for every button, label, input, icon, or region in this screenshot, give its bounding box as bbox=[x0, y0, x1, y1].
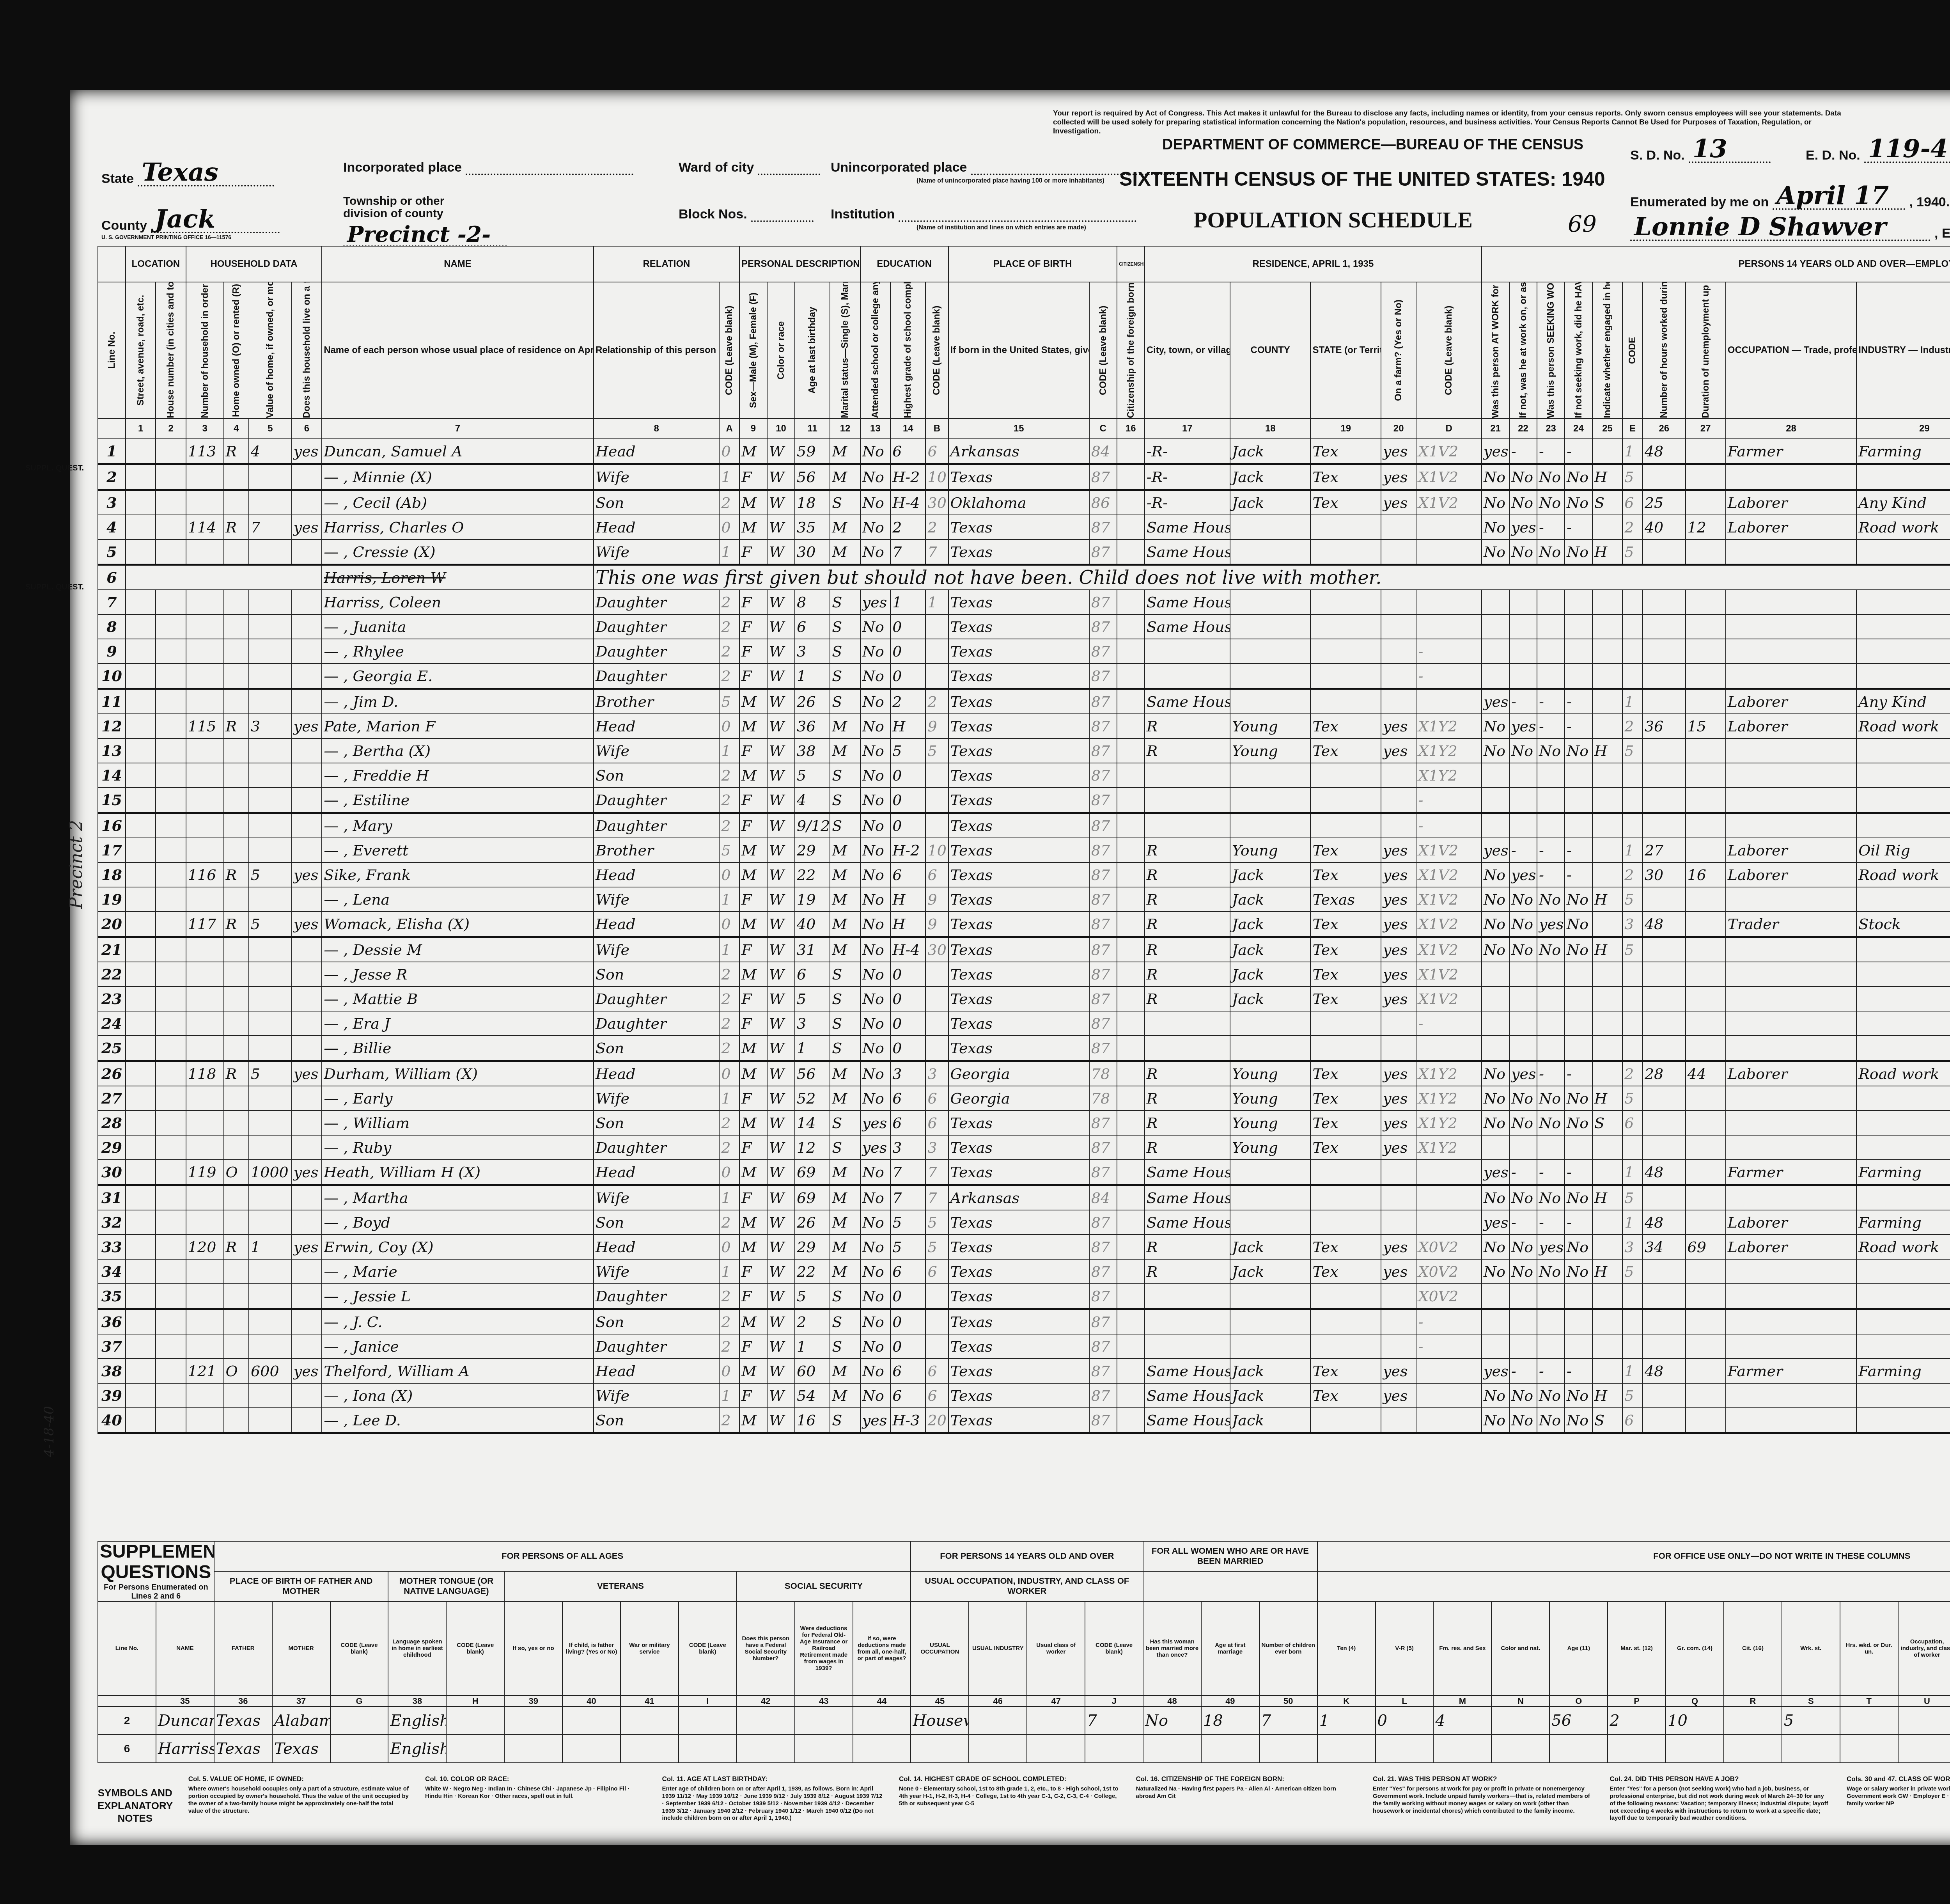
cell-r20 bbox=[1381, 664, 1416, 689]
cell-cd: - bbox=[1416, 664, 1482, 689]
cell-r19: Tex bbox=[1310, 439, 1381, 464]
cell-birth: Arkansas bbox=[948, 439, 1089, 464]
cell-age: 22 bbox=[795, 862, 830, 887]
cell-c21: No bbox=[1482, 738, 1509, 763]
col-number: E bbox=[1622, 419, 1643, 439]
cell-rel: Wife bbox=[594, 1259, 720, 1284]
cell-mar: S bbox=[830, 1036, 860, 1061]
cell-c27 bbox=[1686, 937, 1726, 962]
cell-house bbox=[156, 515, 186, 539]
cell-r19: Tex bbox=[1310, 1259, 1381, 1284]
supp-cell-s: 5 bbox=[1782, 1707, 1840, 1735]
cell-rel: Daughter bbox=[594, 1135, 720, 1160]
cell-c29 bbox=[1856, 763, 1950, 788]
cell-c24: - bbox=[1565, 1061, 1592, 1086]
cell-birth: Texas bbox=[948, 515, 1089, 539]
supp-col-desc: Occupation, industry, and class of worke… bbox=[1898, 1601, 1950, 1696]
cell-r20 bbox=[1381, 1210, 1416, 1235]
cell-c27: 16 bbox=[1686, 862, 1726, 887]
cell-c22: No bbox=[1509, 464, 1537, 490]
cell-birth: Texas bbox=[948, 763, 1089, 788]
cell-value bbox=[249, 1086, 292, 1111]
cell-r18: Young bbox=[1230, 1061, 1310, 1086]
cell-rel: Head bbox=[594, 1235, 720, 1259]
col-number: 7 bbox=[322, 419, 594, 439]
cell-race: W bbox=[767, 490, 795, 515]
cell-house bbox=[156, 1160, 186, 1185]
supp-cell-k: 1 bbox=[1317, 1707, 1376, 1735]
line-number: 38 bbox=[98, 1359, 126, 1383]
cell-name: — , Jim D. bbox=[322, 689, 594, 714]
cell-ce: 6 bbox=[1622, 1408, 1643, 1433]
block-value bbox=[751, 220, 814, 222]
cell-c29: Road work bbox=[1856, 862, 1950, 887]
cell-cb bbox=[925, 639, 948, 664]
cell-farm bbox=[292, 1086, 322, 1111]
col-desc-res_state: STATE (or Territory or foreign country) bbox=[1310, 282, 1381, 419]
cell-ce: 5 bbox=[1622, 887, 1643, 912]
group-relation: RELATION bbox=[594, 246, 739, 282]
supp-title: SUPPLEMENTARY QUESTIONS bbox=[100, 1542, 212, 1583]
cell-grade: 6 bbox=[890, 1111, 925, 1135]
cell-c23 bbox=[1537, 763, 1565, 788]
cell-cit bbox=[1117, 1284, 1145, 1309]
supp-col-desc: If so, were deductions made from all, on… bbox=[853, 1601, 911, 1696]
cell-sch: No bbox=[860, 1259, 890, 1284]
cell-value bbox=[249, 614, 292, 639]
cell-c26 bbox=[1643, 962, 1686, 987]
cell-r17: R bbox=[1145, 1259, 1230, 1284]
cell-c28 bbox=[1726, 987, 1856, 1011]
cell-r19 bbox=[1310, 1408, 1381, 1433]
cell-sex: F bbox=[739, 614, 767, 639]
cell-name: — , Juanita bbox=[322, 614, 594, 639]
cell-mar: S bbox=[830, 1135, 860, 1160]
cell-name: — , Freddie H bbox=[322, 763, 594, 788]
cell-hh bbox=[186, 962, 224, 987]
cell-c21 bbox=[1482, 788, 1509, 813]
cell-c26 bbox=[1643, 763, 1686, 788]
cell-cb: 10 bbox=[925, 838, 948, 862]
cell-c22: - bbox=[1509, 838, 1537, 862]
supp-cell-c47 bbox=[1027, 1735, 1085, 1763]
col-number: D bbox=[1416, 419, 1482, 439]
cell-r18 bbox=[1230, 1036, 1310, 1061]
cell-c21: No bbox=[1482, 464, 1509, 490]
cell-street bbox=[126, 1061, 156, 1086]
col-number: 15 bbox=[948, 419, 1089, 439]
cell-r20 bbox=[1381, 1036, 1416, 1061]
cell-cit bbox=[1117, 1086, 1145, 1111]
col-desc-citizenship: Citizenship of the foreign born bbox=[1117, 282, 1145, 419]
cell-c22: - bbox=[1509, 1210, 1537, 1235]
col-desc-code_d: CODE (Leave blank) bbox=[1416, 282, 1482, 419]
cell-c26: 36 bbox=[1643, 714, 1686, 738]
cell-c23: No bbox=[1537, 1408, 1565, 1433]
cell-c29: Oil Rig bbox=[1856, 838, 1950, 862]
cell-r20: yes bbox=[1381, 1383, 1416, 1408]
cell-cb: 2 bbox=[925, 689, 948, 714]
cell-c28: Laborer bbox=[1726, 1235, 1856, 1259]
cell-r20: yes bbox=[1381, 1111, 1416, 1135]
cell-name: Pate, Marion F bbox=[322, 714, 594, 738]
cell-r18 bbox=[1230, 1210, 1310, 1235]
cell-cd: - bbox=[1416, 1334, 1482, 1359]
table-row: 31— , MarthaWife1FW69MNo77Arkansas84Same… bbox=[98, 1185, 1950, 1210]
cell-birth: Texas bbox=[948, 912, 1089, 937]
cell-name: — , Rhylee bbox=[322, 639, 594, 664]
cell-c23: - bbox=[1537, 1359, 1565, 1383]
cell-c22: yes bbox=[1509, 862, 1537, 887]
cell-race: W bbox=[767, 515, 795, 539]
cell-c28 bbox=[1726, 590, 1856, 614]
table-row: 24— , Era JDaughter2FW3SNo0Texas87-24 bbox=[98, 1011, 1950, 1036]
cell-race: W bbox=[767, 1408, 795, 1433]
line-number: 14 bbox=[98, 763, 126, 788]
cell-c26 bbox=[1643, 813, 1686, 838]
cell-ce bbox=[1622, 813, 1643, 838]
supp-cell-i bbox=[679, 1735, 737, 1763]
cell-c26: 48 bbox=[1643, 1359, 1686, 1383]
cell-value bbox=[249, 838, 292, 862]
cell-c22: yes bbox=[1509, 1061, 1537, 1086]
cell-r20: yes bbox=[1381, 738, 1416, 763]
cell-value bbox=[249, 763, 292, 788]
block-label: Block Nos. bbox=[679, 207, 747, 222]
cell-value bbox=[249, 464, 292, 490]
cell-own bbox=[224, 1210, 249, 1235]
cell-c27 bbox=[1686, 639, 1726, 664]
cell-cb: 6 bbox=[925, 1383, 948, 1408]
supp-cell-i bbox=[679, 1707, 737, 1735]
cell-cb: 3 bbox=[925, 1135, 948, 1160]
cell-grade: 5 bbox=[890, 1210, 925, 1235]
cell-cb: 6 bbox=[925, 1111, 948, 1135]
struck-name: Harris, Loren W bbox=[322, 565, 594, 590]
cell-age: 30 bbox=[795, 539, 830, 565]
cell-cb: 1 bbox=[925, 590, 948, 614]
cell-c23: yes bbox=[1537, 1235, 1565, 1259]
cell-cit bbox=[1117, 1408, 1145, 1433]
cell-hh bbox=[186, 738, 224, 763]
col-number: 27 bbox=[1686, 419, 1726, 439]
cell-house bbox=[156, 887, 186, 912]
cell-r18: Young bbox=[1230, 1111, 1310, 1135]
cell-cd: X1V2 bbox=[1416, 439, 1482, 464]
cell-r18: Jack bbox=[1230, 490, 1310, 515]
cell-mar: M bbox=[830, 1061, 860, 1086]
institution-note: (Name of institution and lines on which … bbox=[916, 224, 1086, 231]
cell-hh bbox=[186, 1185, 224, 1210]
cell-r17: Same House bbox=[1145, 1160, 1230, 1185]
cell-rel: Daughter bbox=[594, 639, 720, 664]
cell-name: Sike, Frank bbox=[322, 862, 594, 887]
cell-mar: S bbox=[830, 639, 860, 664]
cell-birth: Oklahoma bbox=[948, 490, 1089, 515]
col-desc-c28: OCCUPATION — Trade, profession, or parti… bbox=[1726, 282, 1856, 419]
cell-cb: 5 bbox=[925, 1235, 948, 1259]
institution-field: Institution bbox=[831, 207, 1136, 222]
table-row: 33120R1yesErwin, Coy (X)Head0MW29MNo55Te… bbox=[98, 1235, 1950, 1259]
cell-mar: M bbox=[830, 1160, 860, 1185]
cell-r19: Texas bbox=[1310, 887, 1381, 912]
cell-name: — , Jesse R bbox=[322, 962, 594, 987]
cell-street bbox=[126, 1334, 156, 1359]
cell-c22: No bbox=[1509, 1259, 1537, 1284]
cell-age: 4 bbox=[795, 788, 830, 813]
cell-r20: yes bbox=[1381, 1086, 1416, 1111]
line-number: 19 bbox=[98, 887, 126, 912]
cell-c23 bbox=[1537, 1135, 1565, 1160]
cell-c23 bbox=[1537, 1036, 1565, 1061]
cell-grade: 0 bbox=[890, 1011, 925, 1036]
cell-race: W bbox=[767, 714, 795, 738]
cell-cit bbox=[1117, 962, 1145, 987]
cell-cb: 6 bbox=[925, 1259, 948, 1284]
cell-ce: 5 bbox=[1622, 539, 1643, 565]
ward-value bbox=[758, 174, 820, 175]
cell-mar: M bbox=[830, 738, 860, 763]
cell-r17: R bbox=[1145, 1086, 1230, 1111]
cell-cit bbox=[1117, 987, 1145, 1011]
cell-r19: Tex bbox=[1310, 937, 1381, 962]
cell-ce: 5 bbox=[1622, 937, 1643, 962]
cell-age: 56 bbox=[795, 1061, 830, 1086]
supp-cell-father: Texas bbox=[214, 1735, 272, 1763]
cell-c26: 28 bbox=[1643, 1061, 1686, 1086]
cell-cb: 30 bbox=[925, 937, 948, 962]
cell-farm bbox=[292, 1259, 322, 1284]
table-row: 23— , Mattie BDaughter2FW5SNo0Texas87RJa… bbox=[98, 987, 1950, 1011]
cell-mar: S bbox=[830, 962, 860, 987]
cell-c21 bbox=[1482, 1135, 1509, 1160]
cell-grade: 0 bbox=[890, 987, 925, 1011]
cell-r18: Young bbox=[1230, 714, 1310, 738]
cell-r20: yes bbox=[1381, 1135, 1416, 1160]
cell-r17: R bbox=[1145, 937, 1230, 962]
cell-c24 bbox=[1565, 1011, 1592, 1036]
cell-c21 bbox=[1482, 639, 1509, 664]
cell-cc: 87 bbox=[1089, 1111, 1117, 1135]
unincorporated-value bbox=[971, 174, 1178, 175]
cell-street bbox=[126, 738, 156, 763]
cell-cb: 2 bbox=[925, 515, 948, 539]
cell-c23: - bbox=[1537, 439, 1565, 464]
line-number: 24 bbox=[98, 1011, 126, 1036]
col-number: 22 bbox=[1509, 419, 1537, 439]
cell-c27 bbox=[1686, 987, 1726, 1011]
cell-r17: Same House bbox=[1145, 614, 1230, 639]
cell-c25 bbox=[1592, 813, 1622, 838]
cell-race: W bbox=[767, 862, 795, 887]
cell-name: — , Early bbox=[322, 1086, 594, 1111]
supp-cell-o: 56 bbox=[1549, 1707, 1608, 1735]
supp-col-number: K bbox=[1317, 1696, 1376, 1707]
cell-c26 bbox=[1643, 1383, 1686, 1408]
supplementary-section: SUPPLEMENTARY QUESTIONS For Persons Enum… bbox=[97, 1541, 1950, 1763]
cell-c23 bbox=[1537, 962, 1565, 987]
cell-race: W bbox=[767, 614, 795, 639]
cell-farm: yes bbox=[292, 1235, 322, 1259]
cell-c27 bbox=[1686, 490, 1726, 515]
cell-ce: 2 bbox=[1622, 862, 1643, 887]
cell-ce: 5 bbox=[1622, 1086, 1643, 1111]
cell-sch: No bbox=[860, 515, 890, 539]
cell-ce: 1 bbox=[1622, 838, 1643, 862]
cell-farm bbox=[292, 813, 322, 838]
cell-mar: M bbox=[830, 539, 860, 565]
cell-r18: Young bbox=[1230, 1086, 1310, 1111]
cell-mar: M bbox=[830, 1383, 860, 1408]
cell-cc: 87 bbox=[1089, 1309, 1117, 1334]
cell-cb: 6 bbox=[925, 1086, 948, 1111]
supp-cell-m bbox=[1433, 1735, 1491, 1763]
cell-c29: Farming bbox=[1856, 1210, 1950, 1235]
cell-ce bbox=[1622, 987, 1643, 1011]
cell-cd bbox=[1416, 539, 1482, 565]
group-header-row: LOCATION HOUSEHOLD DATA NAME RELATION PE… bbox=[98, 246, 1950, 282]
cell-r17: R bbox=[1145, 838, 1230, 862]
cell-ca: 1 bbox=[719, 1259, 739, 1284]
supp-col-number: L bbox=[1376, 1696, 1434, 1707]
cell-sex: M bbox=[739, 1111, 767, 1135]
cell-rel: Daughter bbox=[594, 614, 720, 639]
cell-c24: No bbox=[1565, 1185, 1592, 1210]
cell-street bbox=[126, 1359, 156, 1383]
supp-cell-t bbox=[1840, 1735, 1898, 1763]
cell-cit bbox=[1117, 1334, 1145, 1359]
cell-rel: Wife bbox=[594, 887, 720, 912]
cell-birth: Texas bbox=[948, 1259, 1089, 1284]
cell-rel: Wife bbox=[594, 738, 720, 763]
cell-cit bbox=[1117, 689, 1145, 714]
cell-grade: 6 bbox=[890, 439, 925, 464]
cell-r18: Jack bbox=[1230, 912, 1310, 937]
cell-c29 bbox=[1856, 539, 1950, 565]
cell-c26: 25 bbox=[1643, 490, 1686, 515]
cell-age: 6 bbox=[795, 614, 830, 639]
cell-c29 bbox=[1856, 813, 1950, 838]
cell-cb: 9 bbox=[925, 912, 948, 937]
cell-c22: - bbox=[1509, 1160, 1537, 1185]
unincorporated-note: (Name of unincorporated place having 100… bbox=[916, 177, 1104, 185]
cell-r18: Jack bbox=[1230, 887, 1310, 912]
cell-name: — , Era J bbox=[322, 1011, 594, 1036]
ed-label: E. D. No. bbox=[1806, 148, 1860, 163]
cell-r20 bbox=[1381, 788, 1416, 813]
cell-r19 bbox=[1310, 614, 1381, 639]
supp-col-desc: Ten (4) bbox=[1317, 1601, 1376, 1696]
cell-value bbox=[249, 813, 292, 838]
supp-cell-u bbox=[1898, 1735, 1950, 1763]
note-title: Col. 10. COLOR OR RACE: bbox=[425, 1775, 646, 1783]
cell-c24 bbox=[1565, 813, 1592, 838]
cell-farm bbox=[292, 639, 322, 664]
note-text: Wage or salary worker in private work PW… bbox=[1847, 1785, 1950, 1807]
cell-ca: 1 bbox=[719, 464, 739, 490]
cell-cit bbox=[1117, 464, 1145, 490]
cell-r17: Same House bbox=[1145, 1408, 1230, 1433]
cell-birth: Texas bbox=[948, 1210, 1089, 1235]
cell-sch: No bbox=[860, 1011, 890, 1036]
cell-ca: 2 bbox=[719, 1334, 739, 1359]
supp-col-desc: Language spoken in home in earliest chil… bbox=[388, 1601, 446, 1696]
supp-col-number: 40 bbox=[562, 1696, 620, 1707]
cell-rel: Daughter bbox=[594, 1284, 720, 1309]
cell-ce: 6 bbox=[1622, 490, 1643, 515]
note-title: Col. 14. HIGHEST GRADE OF SCHOOL COMPLET… bbox=[899, 1775, 1120, 1783]
cell-c23 bbox=[1537, 987, 1565, 1011]
cell-r19: Tex bbox=[1310, 987, 1381, 1011]
cell-c29 bbox=[1856, 1383, 1950, 1408]
cell-c29: Road work bbox=[1856, 714, 1950, 738]
cell-value bbox=[249, 1259, 292, 1284]
cell-sch: No bbox=[860, 714, 890, 738]
cell-c29: Farming bbox=[1856, 1160, 1950, 1185]
cell-c29 bbox=[1856, 887, 1950, 912]
note-text: Where owner's household occupies only a … bbox=[188, 1785, 409, 1815]
cell-birth: Texas bbox=[948, 838, 1089, 862]
cell-hh bbox=[186, 788, 224, 813]
line-number: 11 bbox=[98, 689, 126, 714]
cell-street bbox=[126, 1383, 156, 1408]
supp-cell-n bbox=[1491, 1735, 1549, 1763]
cell-c27 bbox=[1686, 590, 1726, 614]
table-row: 1113R4yesDuncan, Samuel AHead0MW59MNo66A… bbox=[98, 439, 1950, 464]
cell-r19 bbox=[1310, 515, 1381, 539]
cell-race: W bbox=[767, 763, 795, 788]
cell-c24: No bbox=[1565, 1383, 1592, 1408]
supp-row: 6Harriss, ColeenTexasTexasEnglish6 bbox=[98, 1735, 1950, 1763]
cell-hh bbox=[186, 639, 224, 664]
cell-c25 bbox=[1592, 439, 1622, 464]
cell-race: W bbox=[767, 1011, 795, 1036]
cell-sex: F bbox=[739, 639, 767, 664]
cell-grade: 0 bbox=[890, 962, 925, 987]
cell-r18 bbox=[1230, 539, 1310, 565]
cell-r19: Tex bbox=[1310, 1111, 1381, 1135]
supp-col-desc: USUAL INDUSTRY bbox=[969, 1601, 1027, 1696]
cell-hh bbox=[186, 539, 224, 565]
cell-c27 bbox=[1686, 788, 1726, 813]
supp-col-number: 47 bbox=[1027, 1696, 1085, 1707]
cell-r20 bbox=[1381, 689, 1416, 714]
cell-sex: F bbox=[739, 1135, 767, 1160]
cell-cd: X0V2 bbox=[1416, 1259, 1482, 1284]
table-row: 36— , J. C.Son2MW2SNo0Texas87-36 bbox=[98, 1309, 1950, 1334]
cell-c23: No bbox=[1537, 1185, 1565, 1210]
supp-col-number: 43 bbox=[795, 1696, 853, 1707]
cell-r20: yes bbox=[1381, 439, 1416, 464]
supp-cell-c44 bbox=[853, 1707, 911, 1735]
cell-cb: 7 bbox=[925, 1160, 948, 1185]
cell-cb: 3 bbox=[925, 1061, 948, 1086]
cell-grade: 0 bbox=[890, 664, 925, 689]
note-title: Col. 11. AGE AT LAST BIRTHDAY: bbox=[662, 1775, 883, 1783]
cell-sch: No bbox=[860, 862, 890, 887]
supp-group-social-security: SOCIAL SECURITY bbox=[737, 1571, 911, 1601]
supp-cell-m: 4 bbox=[1433, 1707, 1491, 1735]
cell-c22 bbox=[1509, 1135, 1537, 1160]
cell-own: O bbox=[224, 1160, 249, 1185]
cell-mar: M bbox=[830, 464, 860, 490]
cell-c28: Farmer bbox=[1726, 1160, 1856, 1185]
table-row: 34— , MarieWife1FW22MNo66Texas87RJackTex… bbox=[98, 1259, 1950, 1284]
cell-house bbox=[156, 738, 186, 763]
cell-rel: Head bbox=[594, 439, 720, 464]
cell-ca: 2 bbox=[719, 987, 739, 1011]
cell-sex: F bbox=[739, 590, 767, 614]
